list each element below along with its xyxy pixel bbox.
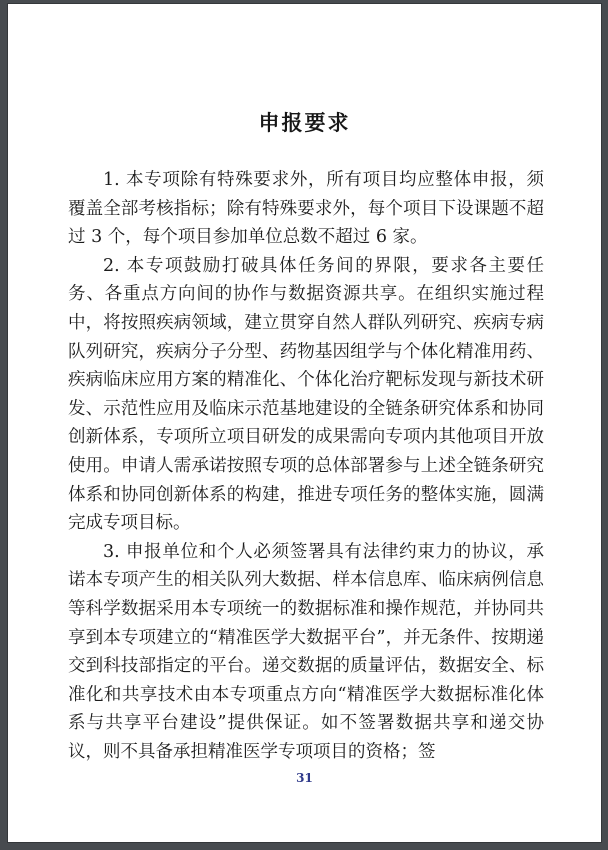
page-number: 31 [8, 771, 601, 785]
paragraph-1: 1. 本专项除有特殊要求外，所有项目均应整体申报，须覆盖全部考核指标；除有特殊要… [68, 166, 544, 252]
paragraph-3: 3. 申报单位和个人必须签署具有法律约束力的协议，承诺本专项产生的相关队列大数据… [68, 538, 544, 767]
pdf-viewer-frame: 申报要求 1. 本专项除有特殊要求外，所有项目均应整体申报，须覆盖全部考核指标；… [0, 0, 608, 850]
document-page: 申报要求 1. 本专项除有特殊要求外，所有项目均应整体申报，须覆盖全部考核指标；… [8, 4, 601, 842]
document-body: 1. 本专项除有特殊要求外，所有项目均应整体申报，须覆盖全部考核指标；除有特殊要… [68, 166, 544, 766]
document-title: 申报要求 [8, 107, 601, 137]
paragraph-2: 2. 本专项鼓励打破具体任务间的界限，要求各主要任务、各重点方向间的协作与数据资… [68, 252, 544, 538]
